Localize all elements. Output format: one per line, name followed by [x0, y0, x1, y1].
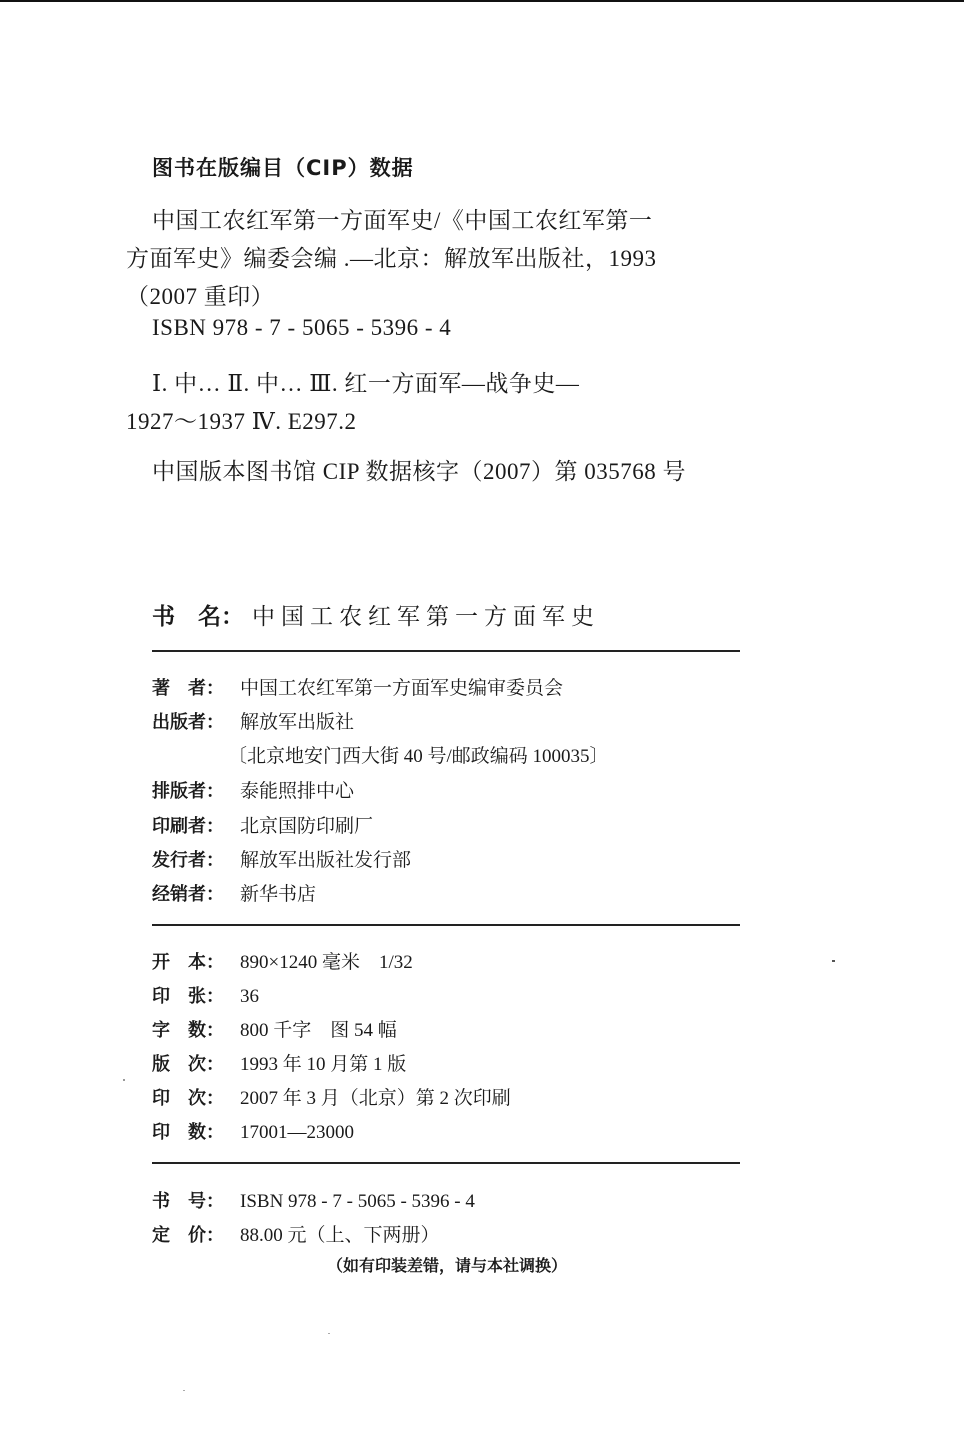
info-label: 著 者：: [152, 677, 240, 701]
cip-line-verification-number: 中国版本图书馆 CIP 数据核字（2007）第 035768 号: [152, 453, 686, 486]
info-row-printer: 印刷者：北京国防印刷厂: [152, 815, 373, 839]
info-row-format: 开 本：890×1240 毫米 1/32: [152, 951, 413, 975]
info-label: 印 张：: [152, 985, 240, 1009]
info-value: 解放军出版社: [240, 712, 354, 733]
info-row-edition: 版 次：1993 年 10 月第 1 版: [152, 1053, 406, 1077]
info-label: 印 数：: [152, 1121, 240, 1145]
info-value: ISBN 978 - 7 - 5065 - 5396 - 4: [240, 1191, 475, 1212]
cip-line-editor-publisher: 方面军史》编委会编 .—北京：解放军出版社，1993: [126, 240, 657, 273]
info-value: 890×1240 毫米 1/32: [240, 952, 413, 973]
misprint-exchange-notice: （如有印装差错，请与本社调换）: [327, 1253, 567, 1276]
info-value: 〔北京地安门西大街 40 号/邮政编码 100035〕: [228, 746, 609, 767]
scan-speck: [123, 1079, 125, 1081]
scan-top-border: [0, 0, 964, 2]
info-row-retailer: 经销者：新华书店: [152, 883, 316, 907]
info-row-word-count: 字 数：800 千字 图 54 幅: [152, 1019, 397, 1043]
info-label: 排版者：: [152, 780, 240, 804]
cip-line-classification: Ⅰ. 中… Ⅱ. 中… Ⅲ. 红一方面军—战争史—: [152, 365, 579, 398]
cip-line-classification-cont: 1927～1937 Ⅳ. E297.2: [126, 403, 357, 436]
info-row-printing: 印 次：2007 年 3 月（北京）第 2 次印刷: [152, 1087, 511, 1111]
scan-speck: [183, 1390, 185, 1391]
info-value: 88.00 元（上、下两册）: [240, 1225, 440, 1246]
info-row-publisher-address: 〔北京地安门西大街 40 号/邮政编码 100035〕: [152, 745, 609, 769]
info-label: 定 价：: [152, 1224, 240, 1248]
info-value: 2007 年 3 月（北京）第 2 次印刷: [240, 1088, 511, 1109]
info-label: 经销者：: [152, 883, 240, 907]
info-row-isbn: 书 号：ISBN 978 - 7 - 5065 - 5396 - 4: [152, 1190, 475, 1214]
divider-rule: [152, 924, 740, 926]
cip-line-isbn: ISBN 978 - 7 - 5065 - 5396 - 4: [152, 315, 451, 341]
info-row-typesetter: 排版者：泰能照排中心: [152, 780, 354, 804]
info-label: 印刷者：: [152, 815, 240, 839]
info-label: 出版者：: [152, 711, 240, 735]
info-value: 解放军出版社发行部: [240, 850, 411, 871]
info-label: 印 次：: [152, 1087, 240, 1111]
cip-line-title: 中国工农红军第一方面军史/《中国工农红军第一: [152, 202, 652, 235]
info-value: 800 千字 图 54 幅: [240, 1020, 397, 1041]
info-value: 中国工农红军第一方面军史编审委员会: [240, 678, 563, 699]
info-value: 36: [240, 986, 259, 1007]
info-row-price: 定 价：88.00 元（上、下两册）: [152, 1224, 440, 1248]
info-value: 1993 年 10 月第 1 版: [240, 1054, 406, 1075]
book-title-label: 书 名：: [152, 598, 252, 631]
info-row-print-run: 印 数：17001—23000: [152, 1121, 354, 1145]
info-label: 开 本：: [152, 951, 240, 975]
info-label: 版 次：: [152, 1053, 240, 1077]
info-row-distributor: 发行者：解放军出版社发行部: [152, 849, 411, 873]
divider-rule: [152, 1162, 740, 1164]
info-label: 字 数：: [152, 1019, 240, 1043]
cip-heading: 图书在版编目（CIP）数据: [152, 152, 414, 182]
info-row-author: 著 者：中国工农红军第一方面军史编审委员会: [152, 677, 563, 701]
divider-rule: [152, 650, 740, 652]
info-value: 17001—23000: [240, 1122, 354, 1143]
info-row-printed-sheets: 印 张：36: [152, 985, 259, 1009]
info-value: 北京国防印刷厂: [240, 816, 373, 837]
info-value: 泰能照排中心: [240, 781, 354, 802]
book-title-value: 中国工农红军第一方面军史: [252, 604, 600, 629]
cip-line-reprint: （2007 重印）: [126, 278, 274, 311]
info-label: 发行者：: [152, 849, 240, 873]
info-value: 新华书店: [240, 884, 316, 905]
info-label: 书 号：: [152, 1190, 240, 1214]
info-row-publisher: 出版者：解放军出版社: [152, 711, 354, 735]
book-title-row: 书 名：中国工农红军第一方面军史: [152, 598, 600, 631]
scan-speck: [328, 1333, 330, 1334]
scan-speck: [832, 960, 835, 962]
